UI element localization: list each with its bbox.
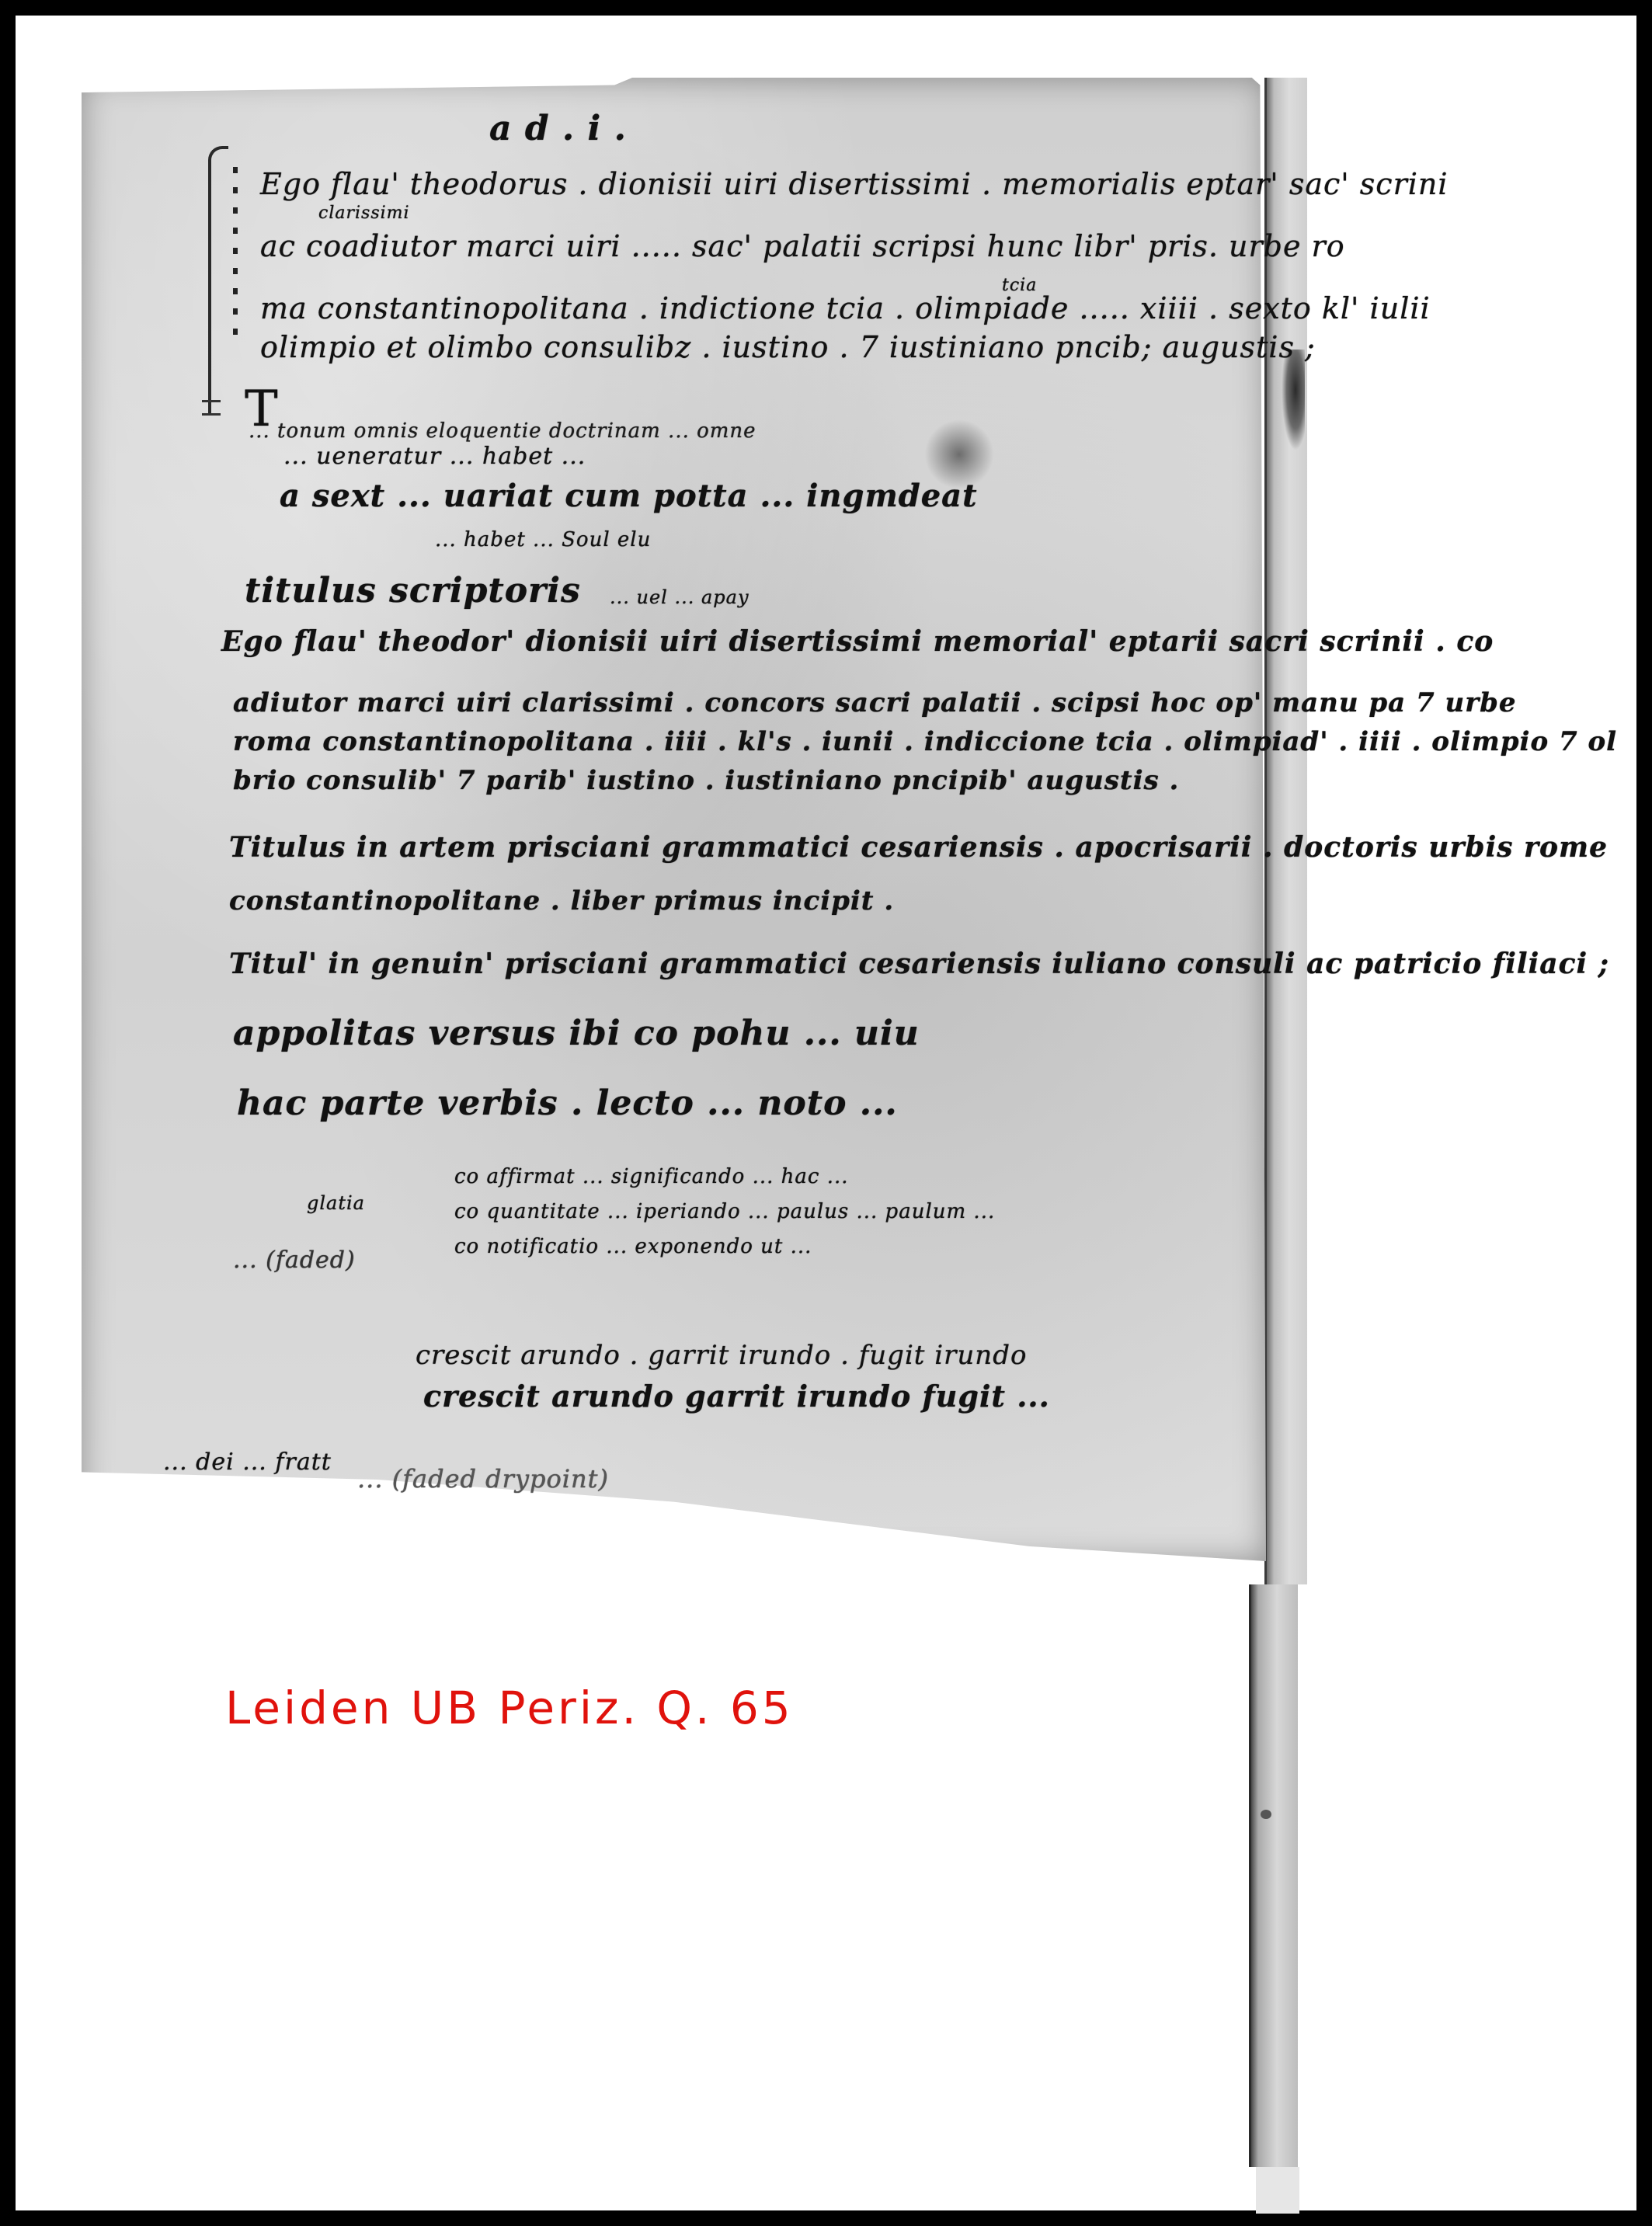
pen-trial-line: crescit arundo . garrit irundo . fugit i… (416, 1340, 1027, 1371)
bottom-note-faded: ... (faded drypoint) (357, 1464, 609, 1494)
adjacent-folio-drawing (1282, 350, 1305, 450)
verse-line: a sext ... uariat cum potta ... ingmdeat (280, 478, 978, 514)
subscription-line-4: olimpio et olimbo consulibz . iustino . … (260, 330, 1316, 364)
subscription-copy-line: Ego flau' theodor' dionisii uiri diserti… (221, 625, 1494, 658)
verse-line: ... tonum omnis eloquentie doctrinam ...… (249, 419, 756, 443)
rubric-line: Titul' in genuin' prisciani grammatici c… (229, 948, 1609, 980)
exercise-line: appolitas versus ibi co pohu ... uiu (233, 1014, 920, 1053)
title-gloss: ... uel ... apay (610, 586, 749, 608)
title-line: titulus scriptoris (245, 571, 581, 610)
subscription-line-2: ac coadiutor marci uiri ..... sac' palat… (260, 229, 1345, 263)
binding-strip-tip (1256, 2167, 1299, 2214)
gloss-line: co notificatio ... exponendo ut ... (454, 1235, 812, 1258)
pen-trial-line: crescit arundo garrit irundo fugit ... (423, 1379, 1050, 1414)
verse-line: ... habet ... Soul elu (435, 528, 651, 551)
verse-line: ... ueneratur ... habet ... (283, 443, 586, 470)
subscription-copy-line: adiutor marci uiri clarissimi . concors … (233, 687, 1517, 718)
marginal-dots-icon (233, 167, 238, 346)
stain (1261, 1810, 1271, 1819)
exercise-line: hac parte verbis . lecto ... noto ... (237, 1083, 898, 1123)
marginal-equals-mark-icon (202, 400, 221, 416)
marginal-bracket-icon (208, 146, 228, 413)
folio-heading: a d . i . (489, 109, 627, 148)
subscription-line-3: ma constantinopolitana . indictione tcia… (260, 291, 1431, 325)
bottom-note: ... dei ... fratt (163, 1449, 332, 1476)
subscription-line-1: Ego flau' theodorus . dionisii uiri dise… (260, 167, 1449, 201)
subscription-copy-line: roma constantinopolitana . iiii . kl's .… (233, 726, 1617, 757)
subscription-copy-line: brio consulib' 7 parib' iustino . iustin… (233, 765, 1179, 796)
binding-strip (1249, 1584, 1298, 2167)
gloss-line: co affirmat ... significando ... hac ... (454, 1165, 849, 1188)
rubric-line: constantinopolitane . liber primus incip… (229, 885, 894, 916)
gloss-label: glatia (307, 1192, 365, 1214)
margin-signature: ... (faded) (233, 1247, 356, 1274)
shelfmark-label: Leiden UB Periz. Q. 65 (225, 1682, 794, 1734)
interlinear-gloss: clarissimi (318, 203, 410, 223)
gloss-line: co quantitate ... iperiando ... paulus .… (454, 1200, 995, 1223)
rubric-line: Titulus in artem prisciani grammatici ce… (229, 831, 1608, 864)
